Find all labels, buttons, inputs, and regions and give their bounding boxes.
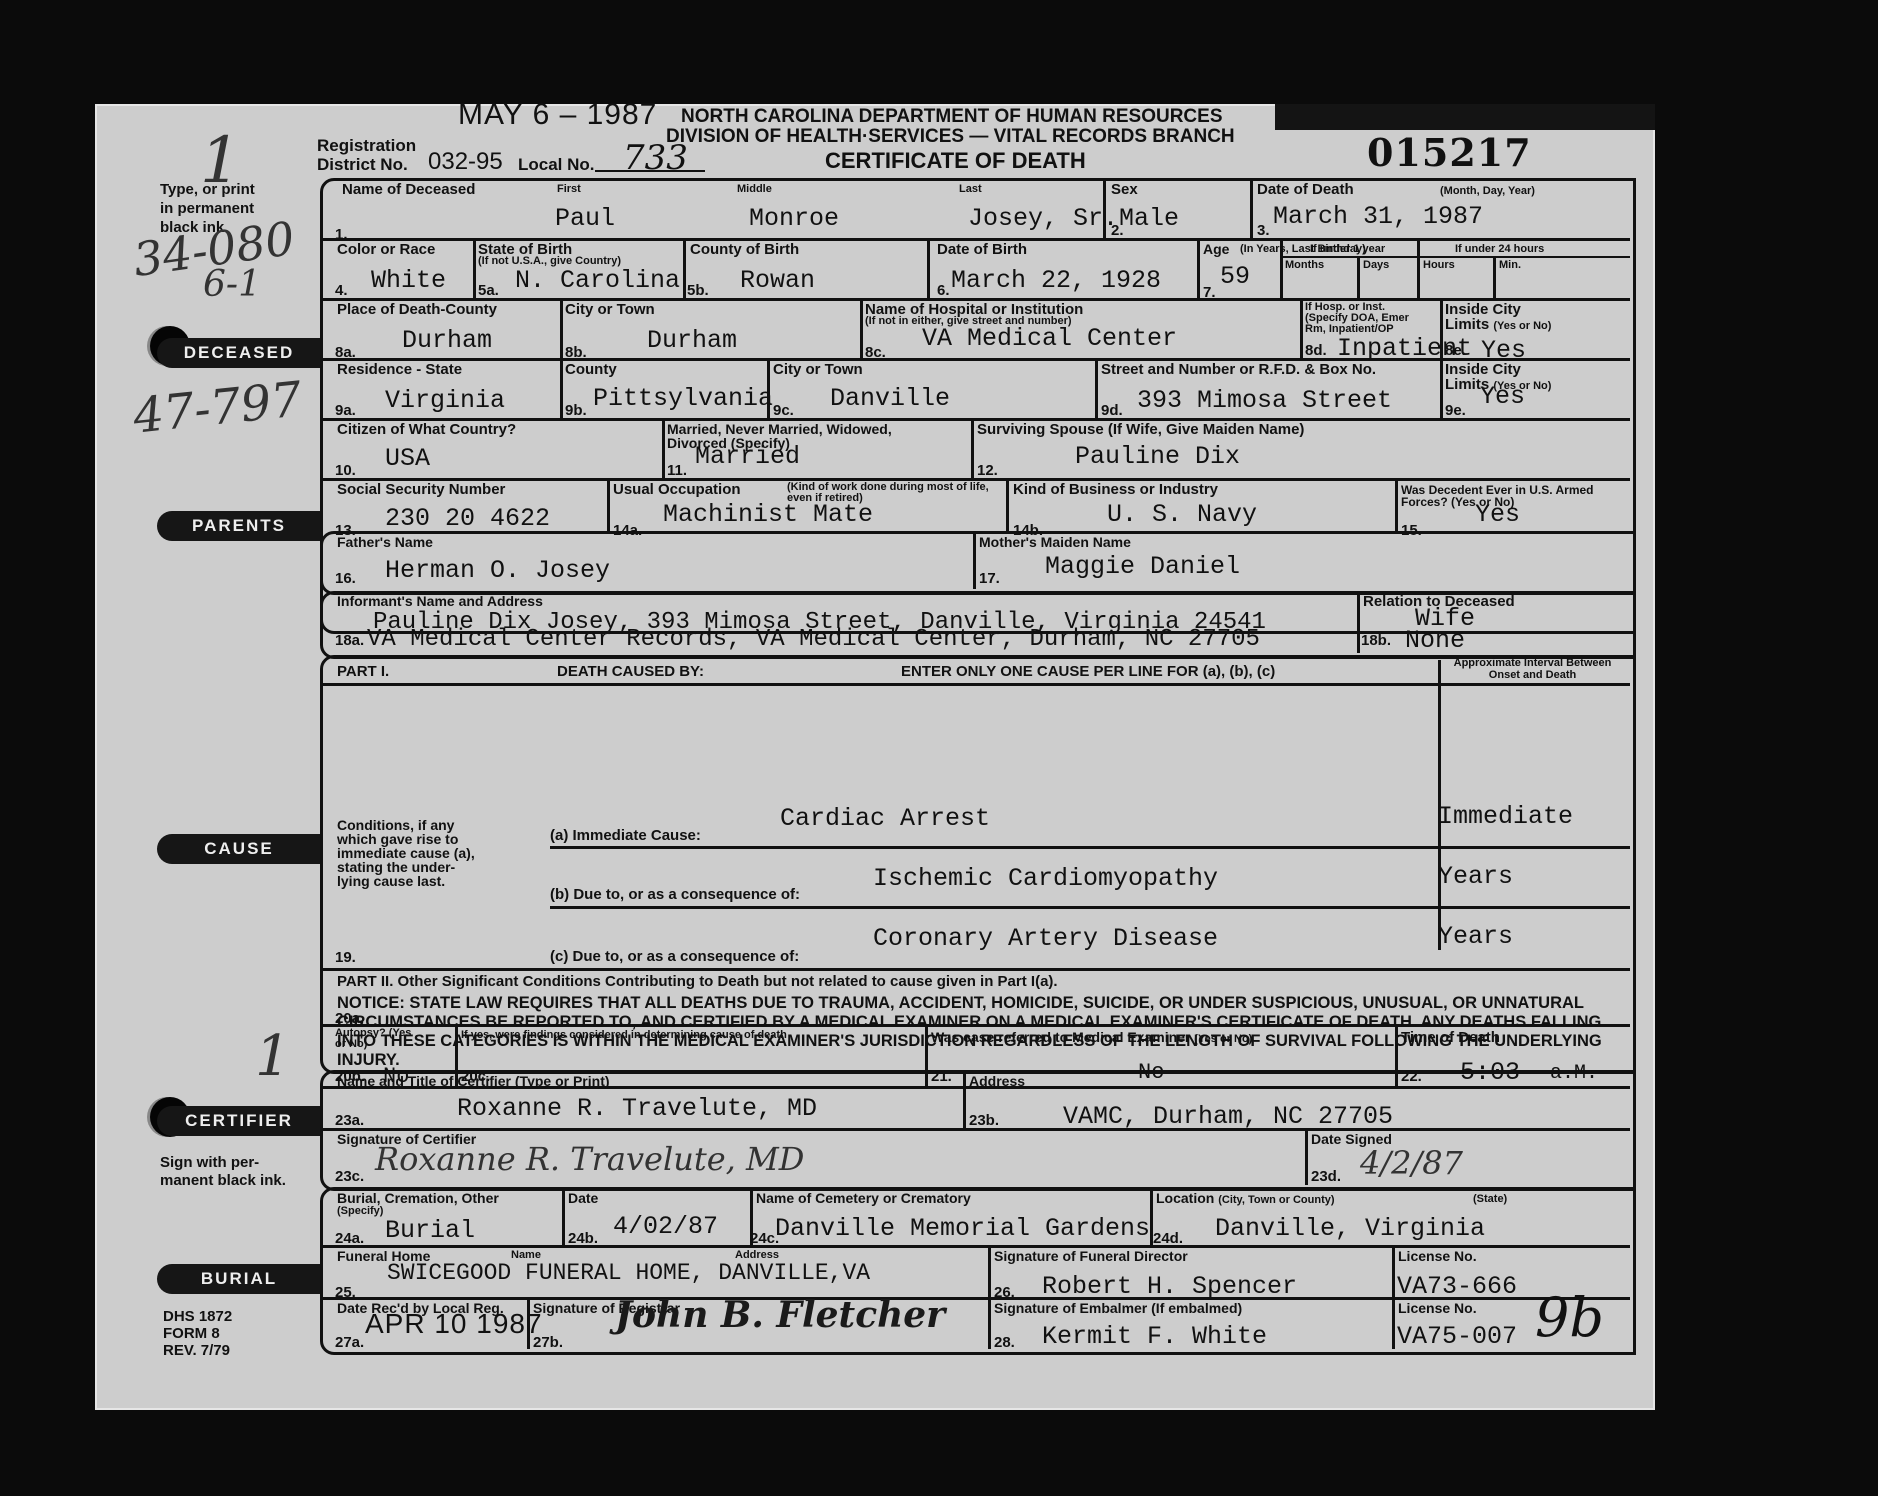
middle-label: Middle: [737, 184, 772, 195]
row-line: [320, 1128, 1630, 1131]
conditions-note: Conditions, if anywhich gave rise toimme…: [337, 818, 475, 888]
industry-label: Kind of Business or Industry: [1013, 482, 1218, 497]
section-tab-certifier: CERTIFIER: [157, 1106, 321, 1136]
occupation-label: Usual Occupation: [613, 482, 741, 497]
immediate-cause-interval: Immediate: [1438, 802, 1573, 831]
county-of-birth: Rowan: [740, 266, 815, 295]
minutes-label: Min.: [1499, 260, 1521, 271]
divider: [560, 358, 563, 418]
embalmer-license-label: License No.: [1398, 1301, 1477, 1316]
date-signed: 4/2/87: [1360, 1144, 1463, 1182]
date-of-birth: March 22, 1928: [951, 266, 1161, 295]
interval-label: Approximate Interval Between Onset and D…: [1440, 657, 1625, 681]
filed-stamp: MAY 6 – 1987: [458, 98, 657, 132]
medical-examiner-notice: NOTICE: STATE LAW REQUIRES THAT ALL DEAT…: [337, 994, 1627, 1070]
row-line: [320, 968, 1630, 971]
handwritten-initials: 9b: [1535, 1286, 1604, 1349]
residence-state-label: Residence - State: [337, 362, 462, 377]
divider: [1006, 478, 1009, 534]
one-cause-per-line-note: ENTER ONLY ONE CAUSE PER LINE FOR (a), (…: [901, 664, 1275, 679]
place-of-death-county-label: Place of Death-County: [337, 302, 497, 317]
item-23a: 23a.: [335, 1112, 364, 1129]
date-of-birth-label: Date of Birth: [937, 242, 1027, 257]
divider: [1493, 256, 1496, 298]
row-line: [320, 683, 1630, 686]
item-17: 17.: [979, 570, 1000, 587]
residence-city: Danville: [830, 384, 950, 413]
cemetery: Danville Memorial Gardens: [775, 1214, 1150, 1243]
name-label: Name of Deceased: [342, 182, 475, 197]
item-6: 6.: [937, 282, 950, 299]
disposition-date: 4/02/87: [613, 1212, 718, 1241]
citizen-label: Citizen of What Country?: [337, 422, 516, 437]
hospital-status-label: If Hosp. or Inst. (Specify DOA, Emer Rm,…: [1305, 302, 1430, 335]
cause-b-label: (b) Due to, or as a consequence of:: [550, 887, 800, 902]
item-22: 22.: [1401, 1068, 1422, 1085]
item-3: 3.: [1257, 222, 1270, 239]
certificate-title: CERTIFICATE OF DEATH: [825, 148, 1086, 174]
mother-label: Mother's Maiden Name: [979, 535, 1131, 550]
first-label: First: [557, 184, 581, 195]
under-1-year-label: If under 1 year: [1310, 244, 1385, 255]
divider: [562, 1187, 565, 1245]
age: 59: [1220, 262, 1250, 291]
certifier-address-label: Address: [969, 1074, 1025, 1089]
item-19: 19.: [335, 949, 356, 966]
citizenship: USA: [385, 444, 430, 473]
part-2-label: PART II. Other Significant Conditions Co…: [337, 974, 1058, 989]
row-line: [320, 418, 1630, 421]
cause-c-interval: Years: [1438, 922, 1513, 951]
item-11: 11.: [667, 462, 687, 479]
item-16: 16.: [335, 570, 356, 587]
death-caused-by-label: DEATH CAUSED BY:: [557, 664, 704, 679]
divider: [860, 298, 863, 358]
cause-c-label: (c) Due to, or as a consequence of:: [550, 949, 799, 964]
hours-label: Hours: [1423, 260, 1455, 271]
divider: [1305, 1128, 1308, 1185]
hospital: VA Medical Center: [922, 324, 1177, 353]
divider: [683, 238, 686, 298]
date-received: APR 10 1987: [365, 1308, 543, 1340]
industry: U. S. Navy: [1107, 500, 1257, 529]
residence-state: Virginia: [385, 386, 505, 415]
divider: [927, 238, 930, 298]
row-line: [320, 358, 1630, 361]
burial-location: Danville, Virginia: [1215, 1214, 1485, 1243]
date-of-death-label: Date of Death: [1257, 182, 1354, 197]
item-9a: 9a.: [335, 402, 356, 419]
divider: [1357, 591, 1360, 653]
sex-label: Sex: [1111, 182, 1138, 197]
item-10: 10.: [335, 462, 356, 479]
divider: [767, 358, 770, 418]
item-9e: 9e.: [1445, 402, 1466, 419]
certifier-ink-note: Sign with per-manent black ink.: [160, 1154, 286, 1190]
under-24-hours-label: If under 24 hours: [1455, 244, 1544, 255]
divider: [527, 1297, 530, 1349]
place-of-death-city: Durham: [647, 326, 737, 355]
registration-label: Registration: [317, 136, 416, 156]
state-hint: (State): [1473, 1194, 1507, 1205]
place-of-death-city-label: City or Town: [565, 302, 655, 317]
divider: [560, 298, 563, 358]
item-12: 12.: [977, 462, 998, 479]
race-label: Color or Race: [337, 242, 435, 257]
divider: [1197, 238, 1200, 298]
age-label: Age: [1203, 242, 1229, 257]
date-of-death: March 31, 1987: [1273, 202, 1483, 231]
father-name: Herman O. Josey: [385, 556, 610, 585]
item-9c: 9c.: [773, 402, 794, 419]
location-label: Location (City, Town or County): [1156, 1191, 1335, 1206]
handwritten-mark-2: 1: [255, 1024, 291, 1089]
district-number: 032-95: [428, 148, 503, 176]
registrar-signature: John B. Fletcher: [615, 1294, 945, 1336]
informant-line-2: VA Medical Center Records, VA Medical Ce…: [367, 626, 1260, 653]
item-21: 21.: [931, 1068, 952, 1085]
last-name: Josey, Sr.: [968, 204, 1118, 233]
part-1-label: PART I.: [337, 664, 389, 679]
immediate-cause: Cardiac Arrest: [780, 804, 990, 833]
months-label: Months: [1285, 260, 1324, 271]
director-license-label: License No.: [1398, 1249, 1477, 1264]
item-23d: 23d.: [1311, 1168, 1341, 1185]
residence-street-label: Street and Number or R.F.D. & Box No.: [1101, 362, 1376, 377]
informant-label: Informant's Name and Address: [337, 594, 543, 609]
state-of-birth: N. Carolina: [515, 266, 680, 295]
cause-b: Ischemic Cardiomyopathy: [873, 864, 1218, 893]
item-9b: 9b.: [565, 402, 587, 419]
item-27a: 27a.: [335, 1334, 364, 1351]
divider: [1357, 256, 1360, 298]
section-tab-cause: CAUSE: [157, 834, 321, 864]
item-8e: 8e.: [1445, 342, 1466, 359]
divider: [1280, 238, 1283, 298]
certifier-name-label: Name and Title of Certifier (Type or Pri…: [337, 1074, 610, 1089]
divider: [1095, 358, 1098, 418]
item-23b: 23b.: [969, 1112, 999, 1129]
relation-2: None: [1405, 626, 1465, 655]
embalmer: Kermit F. White: [1042, 1322, 1267, 1351]
row-line: [1280, 256, 1630, 258]
divider: [1300, 298, 1303, 358]
local-label: Local No.: [518, 155, 595, 175]
cause-b-interval: Years: [1438, 862, 1513, 891]
mother-maiden-name: Maggie Daniel: [1045, 552, 1240, 581]
item-15: 15.: [1401, 522, 1422, 539]
item-27b: 27b.: [533, 1334, 563, 1351]
row-line: [550, 846, 1630, 849]
division-name: DIVISION OF HEALTH·SERVICES — VITAL RECO…: [666, 126, 1235, 148]
first-name: Paul: [555, 204, 615, 233]
residence-street: 393 Mimosa Street: [1137, 386, 1392, 415]
section-tab-deceased: DECEASED: [157, 338, 321, 368]
residence-city-label: City or Town: [773, 362, 863, 377]
armed-forces: Yes: [1475, 500, 1520, 529]
funeral-director-label: Signature of Funeral Director: [994, 1249, 1188, 1264]
disposition-hint: (Specify): [337, 1206, 383, 1217]
divider: [1417, 238, 1420, 298]
item-18a: 18a.: [335, 632, 364, 649]
ssn-label: Social Security Number: [337, 482, 505, 497]
sex: Male: [1119, 204, 1179, 233]
item-9d: 9d.: [1101, 402, 1123, 419]
county-of-birth-label: County of Birth: [690, 242, 799, 257]
embalmer-label: Signature of Embalmer (If embalmed): [994, 1301, 1242, 1316]
item-8d: 8d.: [1305, 342, 1327, 359]
embalmer-license: VA75-007: [1397, 1322, 1517, 1351]
race: White: [371, 266, 446, 295]
divider: [973, 531, 976, 589]
section-tab-burial: BURIAL: [157, 1264, 321, 1294]
certifier-address: VAMC, Durham, NC 27705: [1063, 1102, 1393, 1131]
item-23c: 23c.: [335, 1168, 364, 1185]
inside-city-9e: Yes: [1480, 382, 1525, 411]
district-label: District No.: [317, 155, 408, 175]
residence-county: Pittsylvania: [593, 384, 773, 413]
scan-shadow: [1275, 104, 1655, 130]
certifier-name: Roxanne R. Travelute, MD: [457, 1094, 817, 1123]
death-certificate: MAY 6 – 1987 Registration District No. 0…: [95, 104, 1655, 1410]
item-5b: 5b.: [687, 282, 709, 299]
last-label: Last: [959, 184, 982, 195]
days-label: Days: [1363, 260, 1389, 271]
middle-name: Monroe: [749, 204, 839, 233]
divider: [1103, 178, 1106, 238]
residence-county-label: County: [565, 362, 617, 377]
disposition-date-label: Date: [568, 1191, 598, 1206]
disposition-label: Burial, Cremation, Other: [337, 1191, 499, 1206]
funeral-home: SWICEGOOD FUNERAL HOME, DANVILLE,VA: [387, 1260, 870, 1286]
divider: [963, 1070, 966, 1128]
row-line: [550, 906, 1630, 909]
cause-c: Coronary Artery Disease: [873, 924, 1218, 953]
certifier-signature: Roxanne R. Travelute, MD: [375, 1140, 804, 1178]
handwritten-code-3: 47-797: [131, 371, 305, 444]
handwritten-code-2: 6-1: [203, 264, 261, 305]
marital-status: Married: [695, 442, 800, 471]
item-4: 4.: [335, 282, 348, 299]
father-label: Father's Name: [337, 535, 433, 550]
item-14a: 14a.: [613, 522, 642, 539]
department-name: NORTH CAROLINA DEPARTMENT OF HUMAN RESOU…: [681, 106, 1223, 128]
divider: [607, 478, 610, 534]
certificate-number: 015217: [1367, 130, 1532, 175]
limits-label-8e: Limits (Yes or No): [1445, 317, 1551, 332]
form-identifier: DHS 1872FORM 8REV. 7/79: [163, 1308, 232, 1359]
immediate-cause-label: (a) Immediate Cause:: [550, 828, 701, 843]
surviving-spouse: Pauline Dix: [1075, 442, 1240, 471]
divider: [662, 418, 665, 478]
cemetery-label: Name of Cemetery or Crematory: [756, 1191, 971, 1206]
occupation: Machinist Mate: [663, 500, 873, 529]
place-of-death-county: Durham: [402, 326, 492, 355]
section-tab-parents: PARENTS: [157, 511, 321, 541]
divider: [1250, 178, 1253, 238]
item-18b: 18b.: [1361, 632, 1391, 649]
item-5a: 5a.: [478, 282, 499, 299]
divider: [1395, 478, 1398, 534]
item-28: 28.: [994, 1334, 1015, 1351]
date-of-death-hint: (Month, Day, Year): [1440, 186, 1535, 197]
disposition: Burial: [385, 1216, 475, 1245]
inside-city-label-8e: Inside City: [1445, 302, 1521, 317]
divider: [971, 418, 974, 478]
divider: [473, 238, 476, 298]
spouse-label: Surviving Spouse (If Wife, Give Maiden N…: [977, 422, 1304, 437]
social-security-number: 230 20 4622: [385, 504, 550, 533]
inside-city-label-9e: Inside City: [1445, 362, 1521, 377]
